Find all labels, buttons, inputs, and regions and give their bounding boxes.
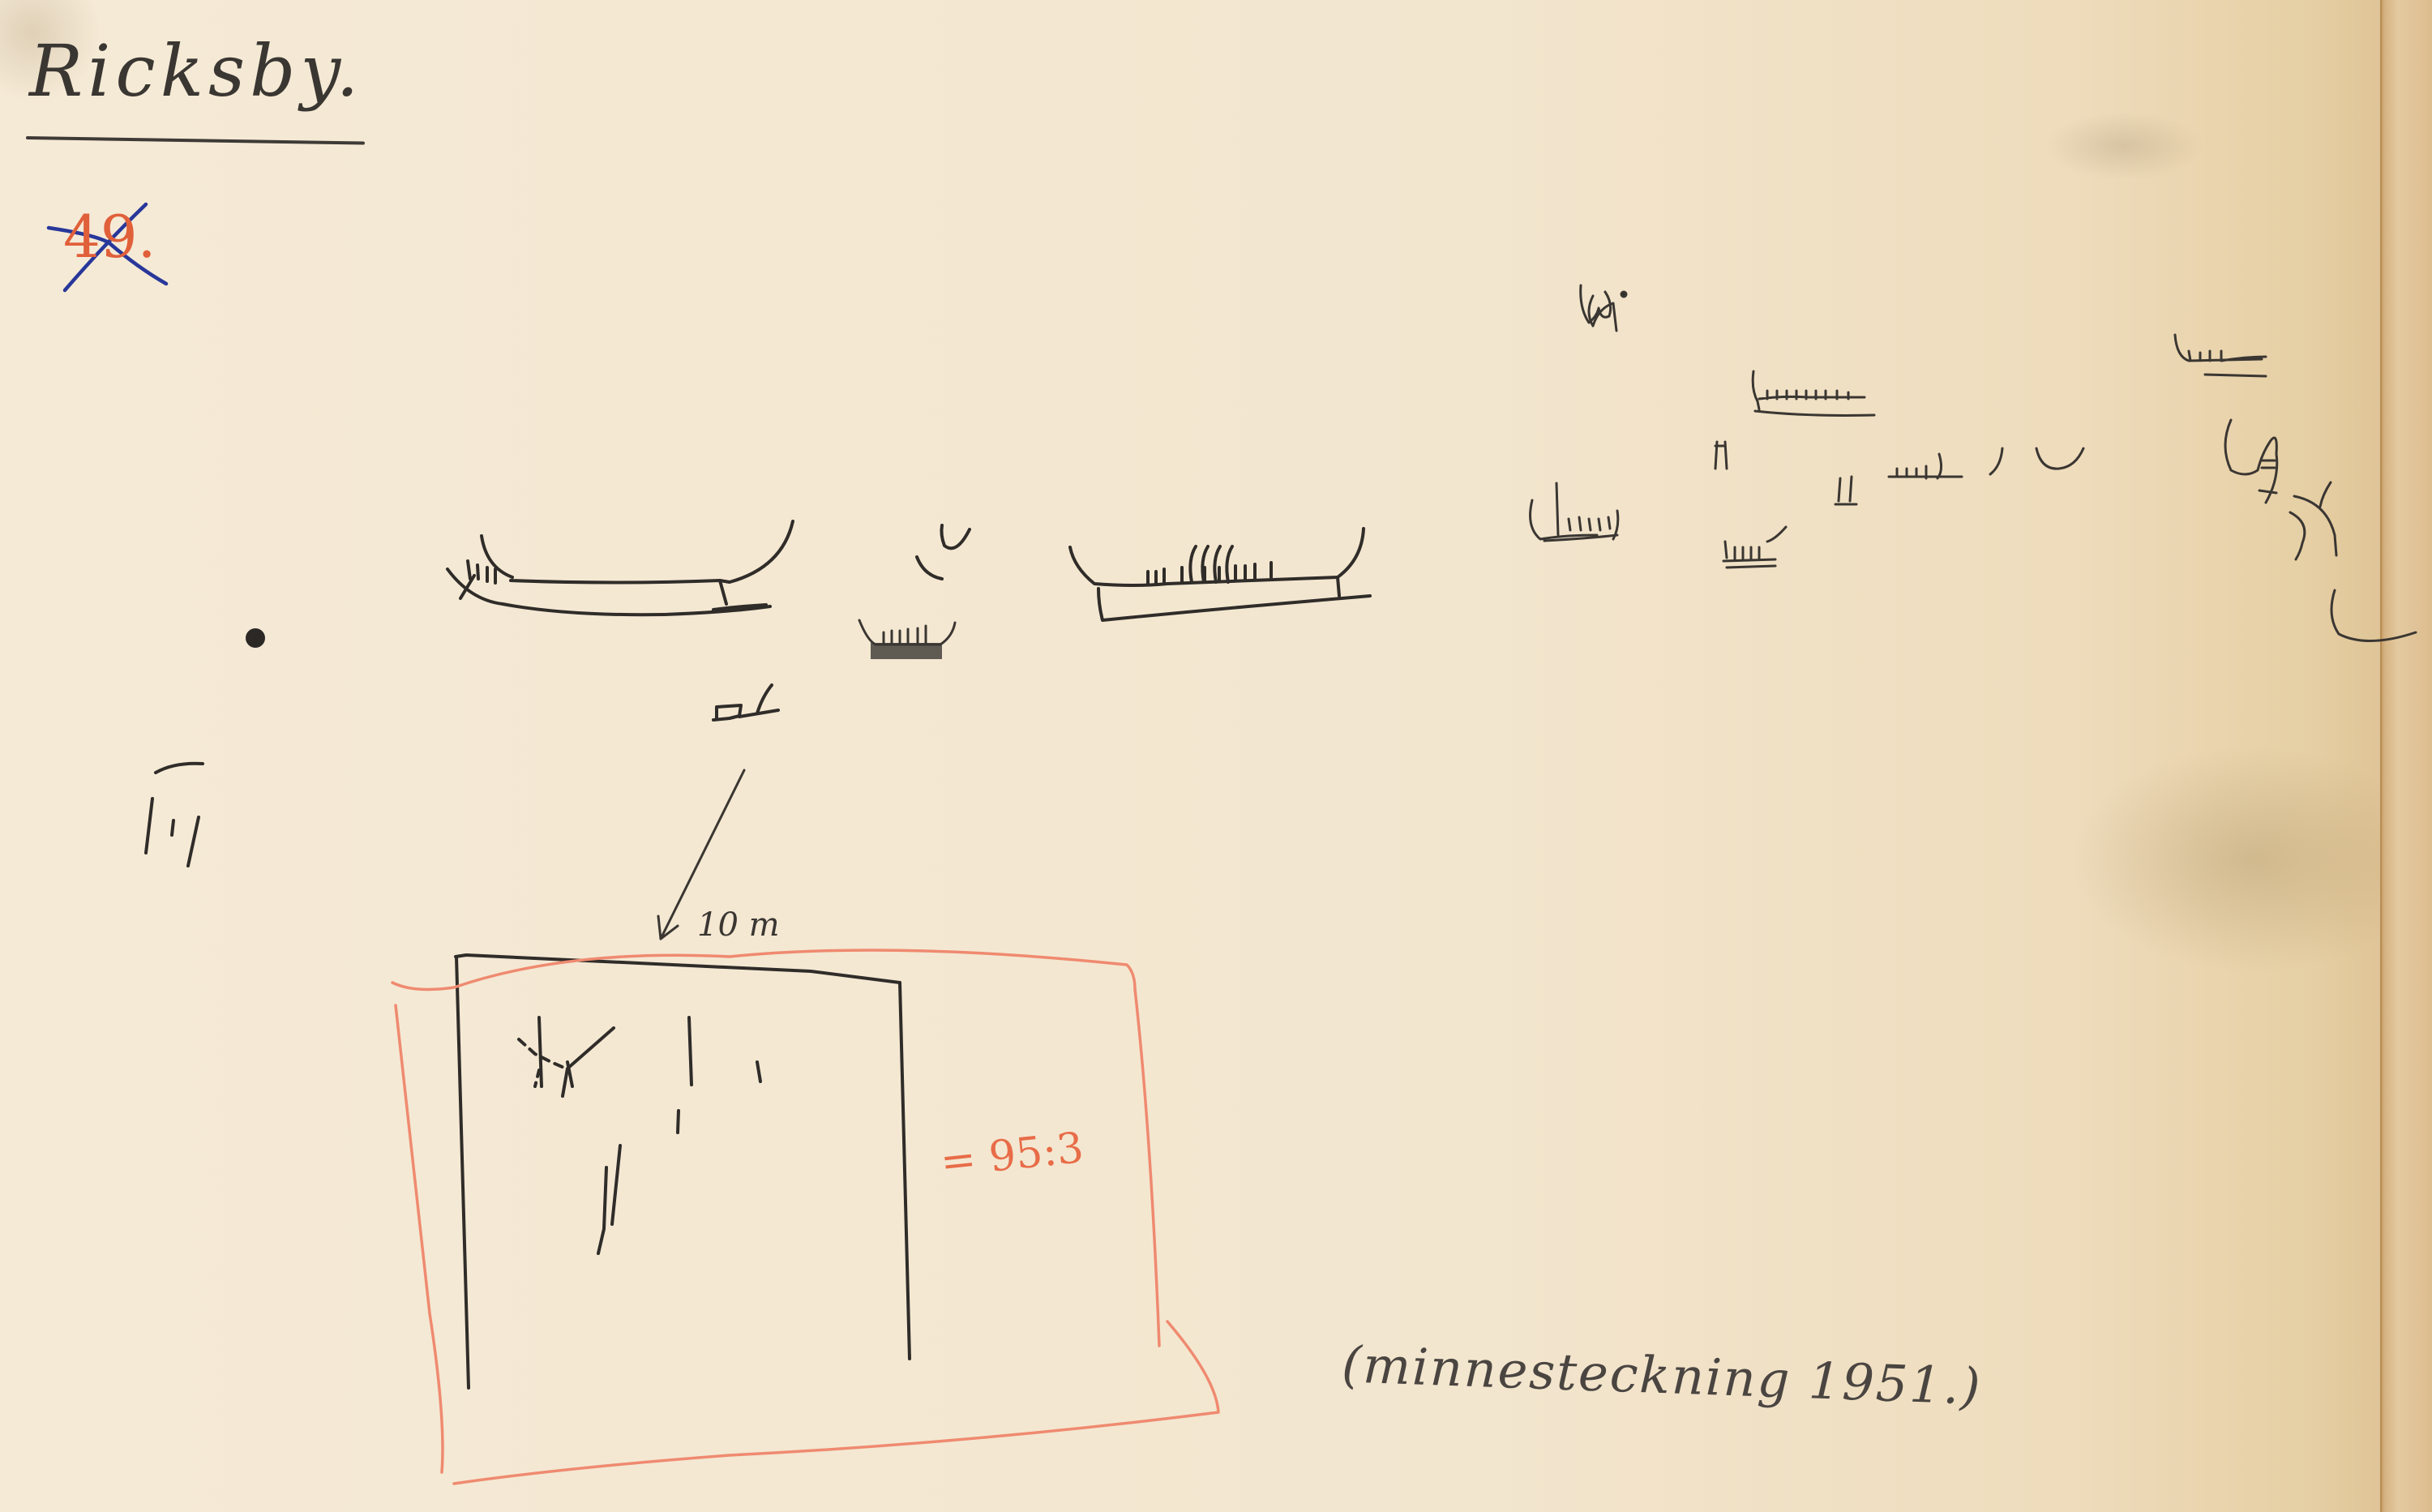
cup-mark-dot xyxy=(246,628,265,648)
detail-box-marks xyxy=(519,1017,760,1253)
page-title: Ricksby. xyxy=(29,29,364,113)
boat-large-left xyxy=(447,521,793,615)
boat-large-right xyxy=(1070,529,1370,620)
detail-box-outline xyxy=(456,955,910,1388)
document-page: Ricksby. 49. 10 m = 95:3 (minnesteckning… xyxy=(0,0,2432,1512)
arc-marks xyxy=(917,525,970,579)
sketch-drawings xyxy=(0,0,2432,1512)
figure-far-left xyxy=(146,764,203,866)
boat-small-below xyxy=(713,685,778,720)
boat-small-filled xyxy=(859,620,955,659)
leaf-number-crossed-out: 49. xyxy=(63,203,156,271)
reference-note: = 95:3 xyxy=(938,1124,1085,1187)
page-binding-edge xyxy=(2380,0,2432,1512)
caption-note: (minnesteckning 1951.) xyxy=(1341,1334,1983,1416)
upper-right-cluster xyxy=(1531,285,2416,641)
title-underline xyxy=(26,136,365,145)
scale-note: 10 m xyxy=(697,906,780,944)
red-outline xyxy=(392,950,1218,1484)
